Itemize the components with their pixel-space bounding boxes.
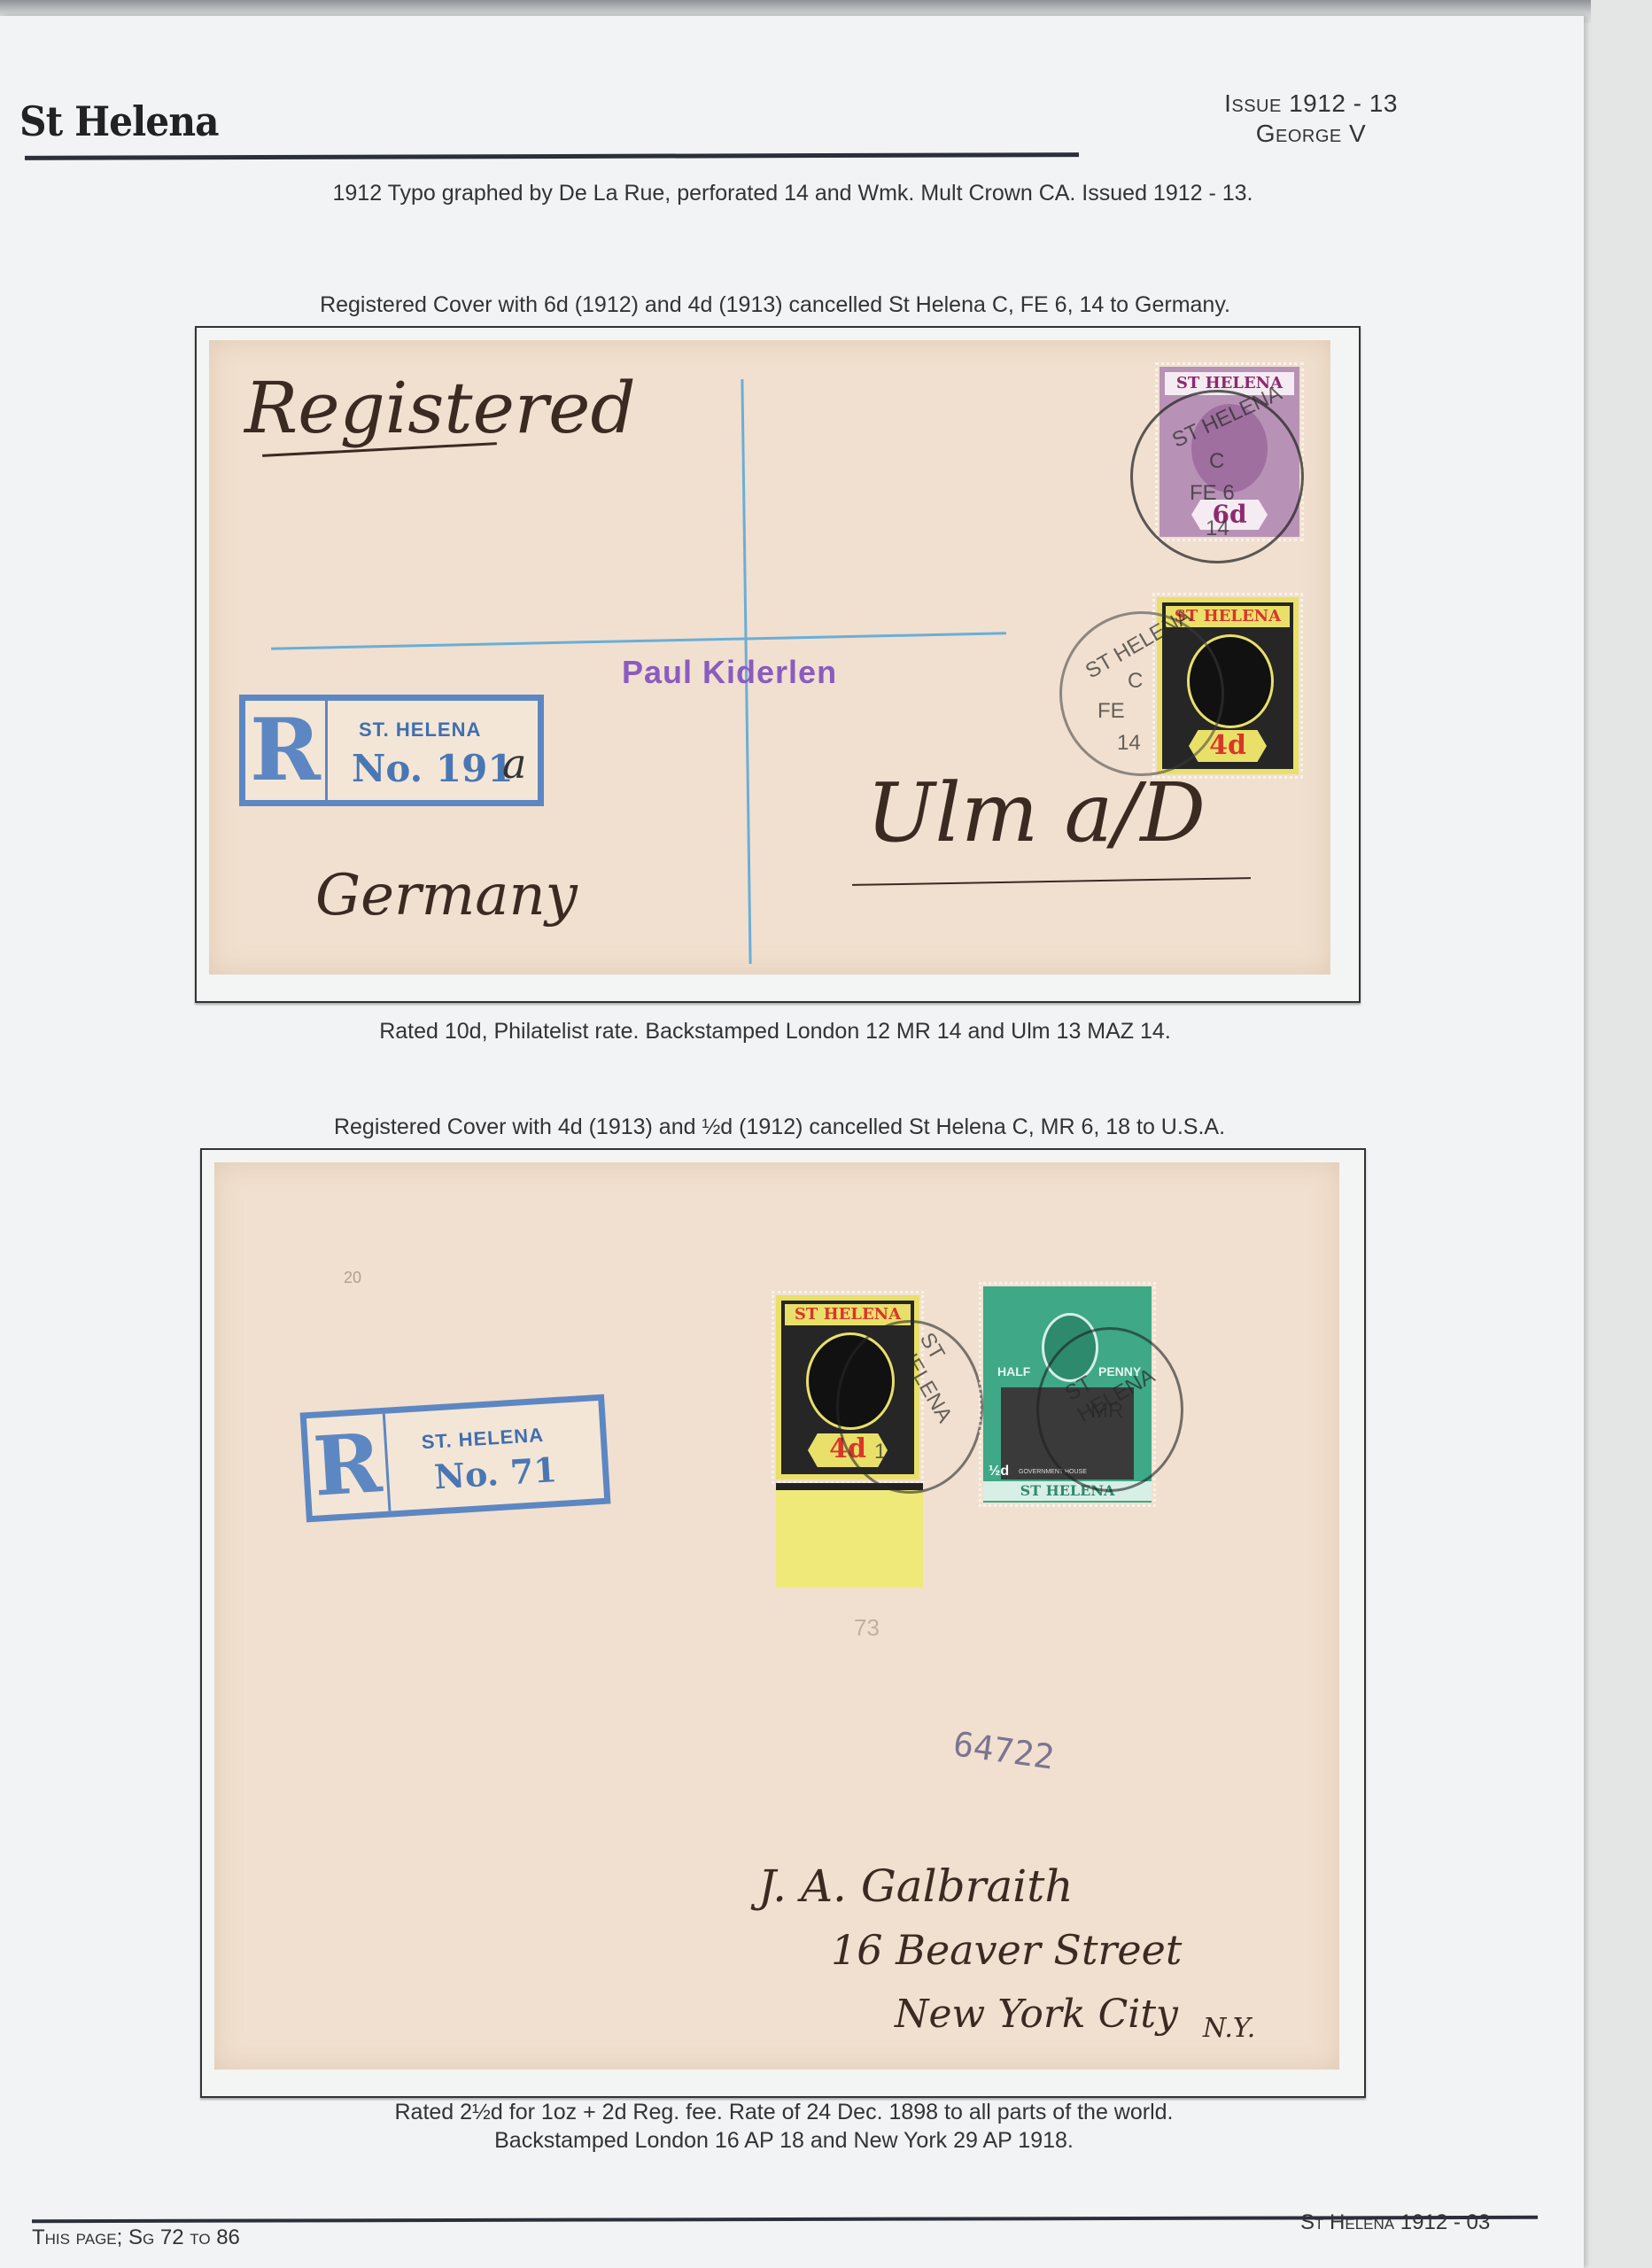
- cover1-destination: Germany: [315, 863, 578, 928]
- numeral-handstamp: 64722: [950, 1724, 1056, 1776]
- reg-label-number: No. 71: [433, 1449, 558, 1496]
- issue-reign: George V: [1178, 119, 1444, 149]
- registration-r-icon: R: [306, 1414, 392, 1516]
- issue-heading: Issue 1912 - 13 George V: [1178, 89, 1444, 149]
- page-title: St Helena: [19, 97, 219, 145]
- cover1-address: Ulm a/D: [866, 765, 1206, 860]
- registration-r-icon: R: [245, 701, 328, 800]
- cover1-postmark-2: ST HELENA C FE 14: [1059, 611, 1224, 776]
- issue-years: Issue 1912 - 13: [1178, 89, 1444, 119]
- stamp-value: ½d: [989, 1464, 1009, 1480]
- footer-catalogue-range: This page; Sg 72 to 86: [32, 2225, 240, 2250]
- cover2-address-line3: New York City: [895, 1992, 1178, 2037]
- reg-label-place: ST. HELENA: [359, 718, 481, 742]
- cover2-caption-below-2: Backstamped London 16 AP 18 and New York…: [0, 2128, 1568, 2154]
- album-page: St Helena Issue 1912 - 13 George V 1912 …: [0, 16, 1584, 2268]
- sheet-margin: [776, 1490, 923, 1588]
- footer-page-id: St Helena 1912 - 03: [1300, 2210, 1490, 2235]
- cover2-address-line4: N.Y.: [1203, 2013, 1255, 2044]
- cover2-postmark-1: ST HELENA 18: [836, 1320, 983, 1494]
- cover2-registration-label: R ST. HELENA No. 71: [300, 1394, 611, 1523]
- reg-label-place: ST. HELENA: [421, 1424, 545, 1454]
- pencil-note: 20: [344, 1269, 361, 1287]
- cover1-address-underline: [852, 877, 1251, 886]
- reg-label-number: No. 191: [352, 747, 514, 790]
- cover2-address-line1: J. A. Galbraith: [758, 1860, 1074, 1912]
- pencil-note: 73: [854, 1614, 880, 1642]
- cover2-postmark-2: ST HELENA MR: [1036, 1327, 1183, 1492]
- cover2-envelope: 20 73 R ST. HELENA No. 71 ST HELENA 4d S…: [214, 1162, 1339, 2070]
- cover1-blue-crayon-horizontal: [271, 632, 1006, 649]
- cover1-sender-handstamp: Paul Kiderlen: [622, 654, 837, 691]
- cover2-caption-above: Registered Cover with 4d (1913) and ½d (…: [0, 1115, 1559, 1140]
- cover2-caption-below-1: Rated 2½d for 1oz + 2d Reg. fee. Rate of…: [0, 2100, 1568, 2125]
- cover1-frame: Registered Paul Kiderlen R ST. HELENA No…: [195, 326, 1361, 1003]
- cover1-postmark-1: ST HELENA C FE 6 14: [1130, 390, 1304, 563]
- stamp-value: 4d: [1209, 730, 1246, 761]
- cover1-caption-below: Rated 10d, Philatelist rate. Backstamped…: [0, 1019, 1550, 1045]
- cover1-caption-above: Registered Cover with 6d (1912) and 4d (…: [0, 292, 1550, 318]
- intro-text: 1912 Typo graphed by De La Rue, perforat…: [0, 181, 1586, 206]
- cover2-address-line2: 16 Beaver Street: [831, 1926, 1182, 1974]
- cover1-envelope: Registered Paul Kiderlen R ST. HELENA No…: [209, 340, 1330, 975]
- cover1-registered-handwriting: Registered: [244, 367, 636, 449]
- header-rule: [25, 152, 1079, 160]
- reg-label-annotation: a: [502, 740, 526, 788]
- cover1-registration-label: R ST. HELENA No. 191 a: [239, 695, 544, 806]
- album-margin: [1591, 0, 1652, 2268]
- cover2-frame: 20 73 R ST. HELENA No. 71 ST HELENA 4d S…: [200, 1148, 1366, 2098]
